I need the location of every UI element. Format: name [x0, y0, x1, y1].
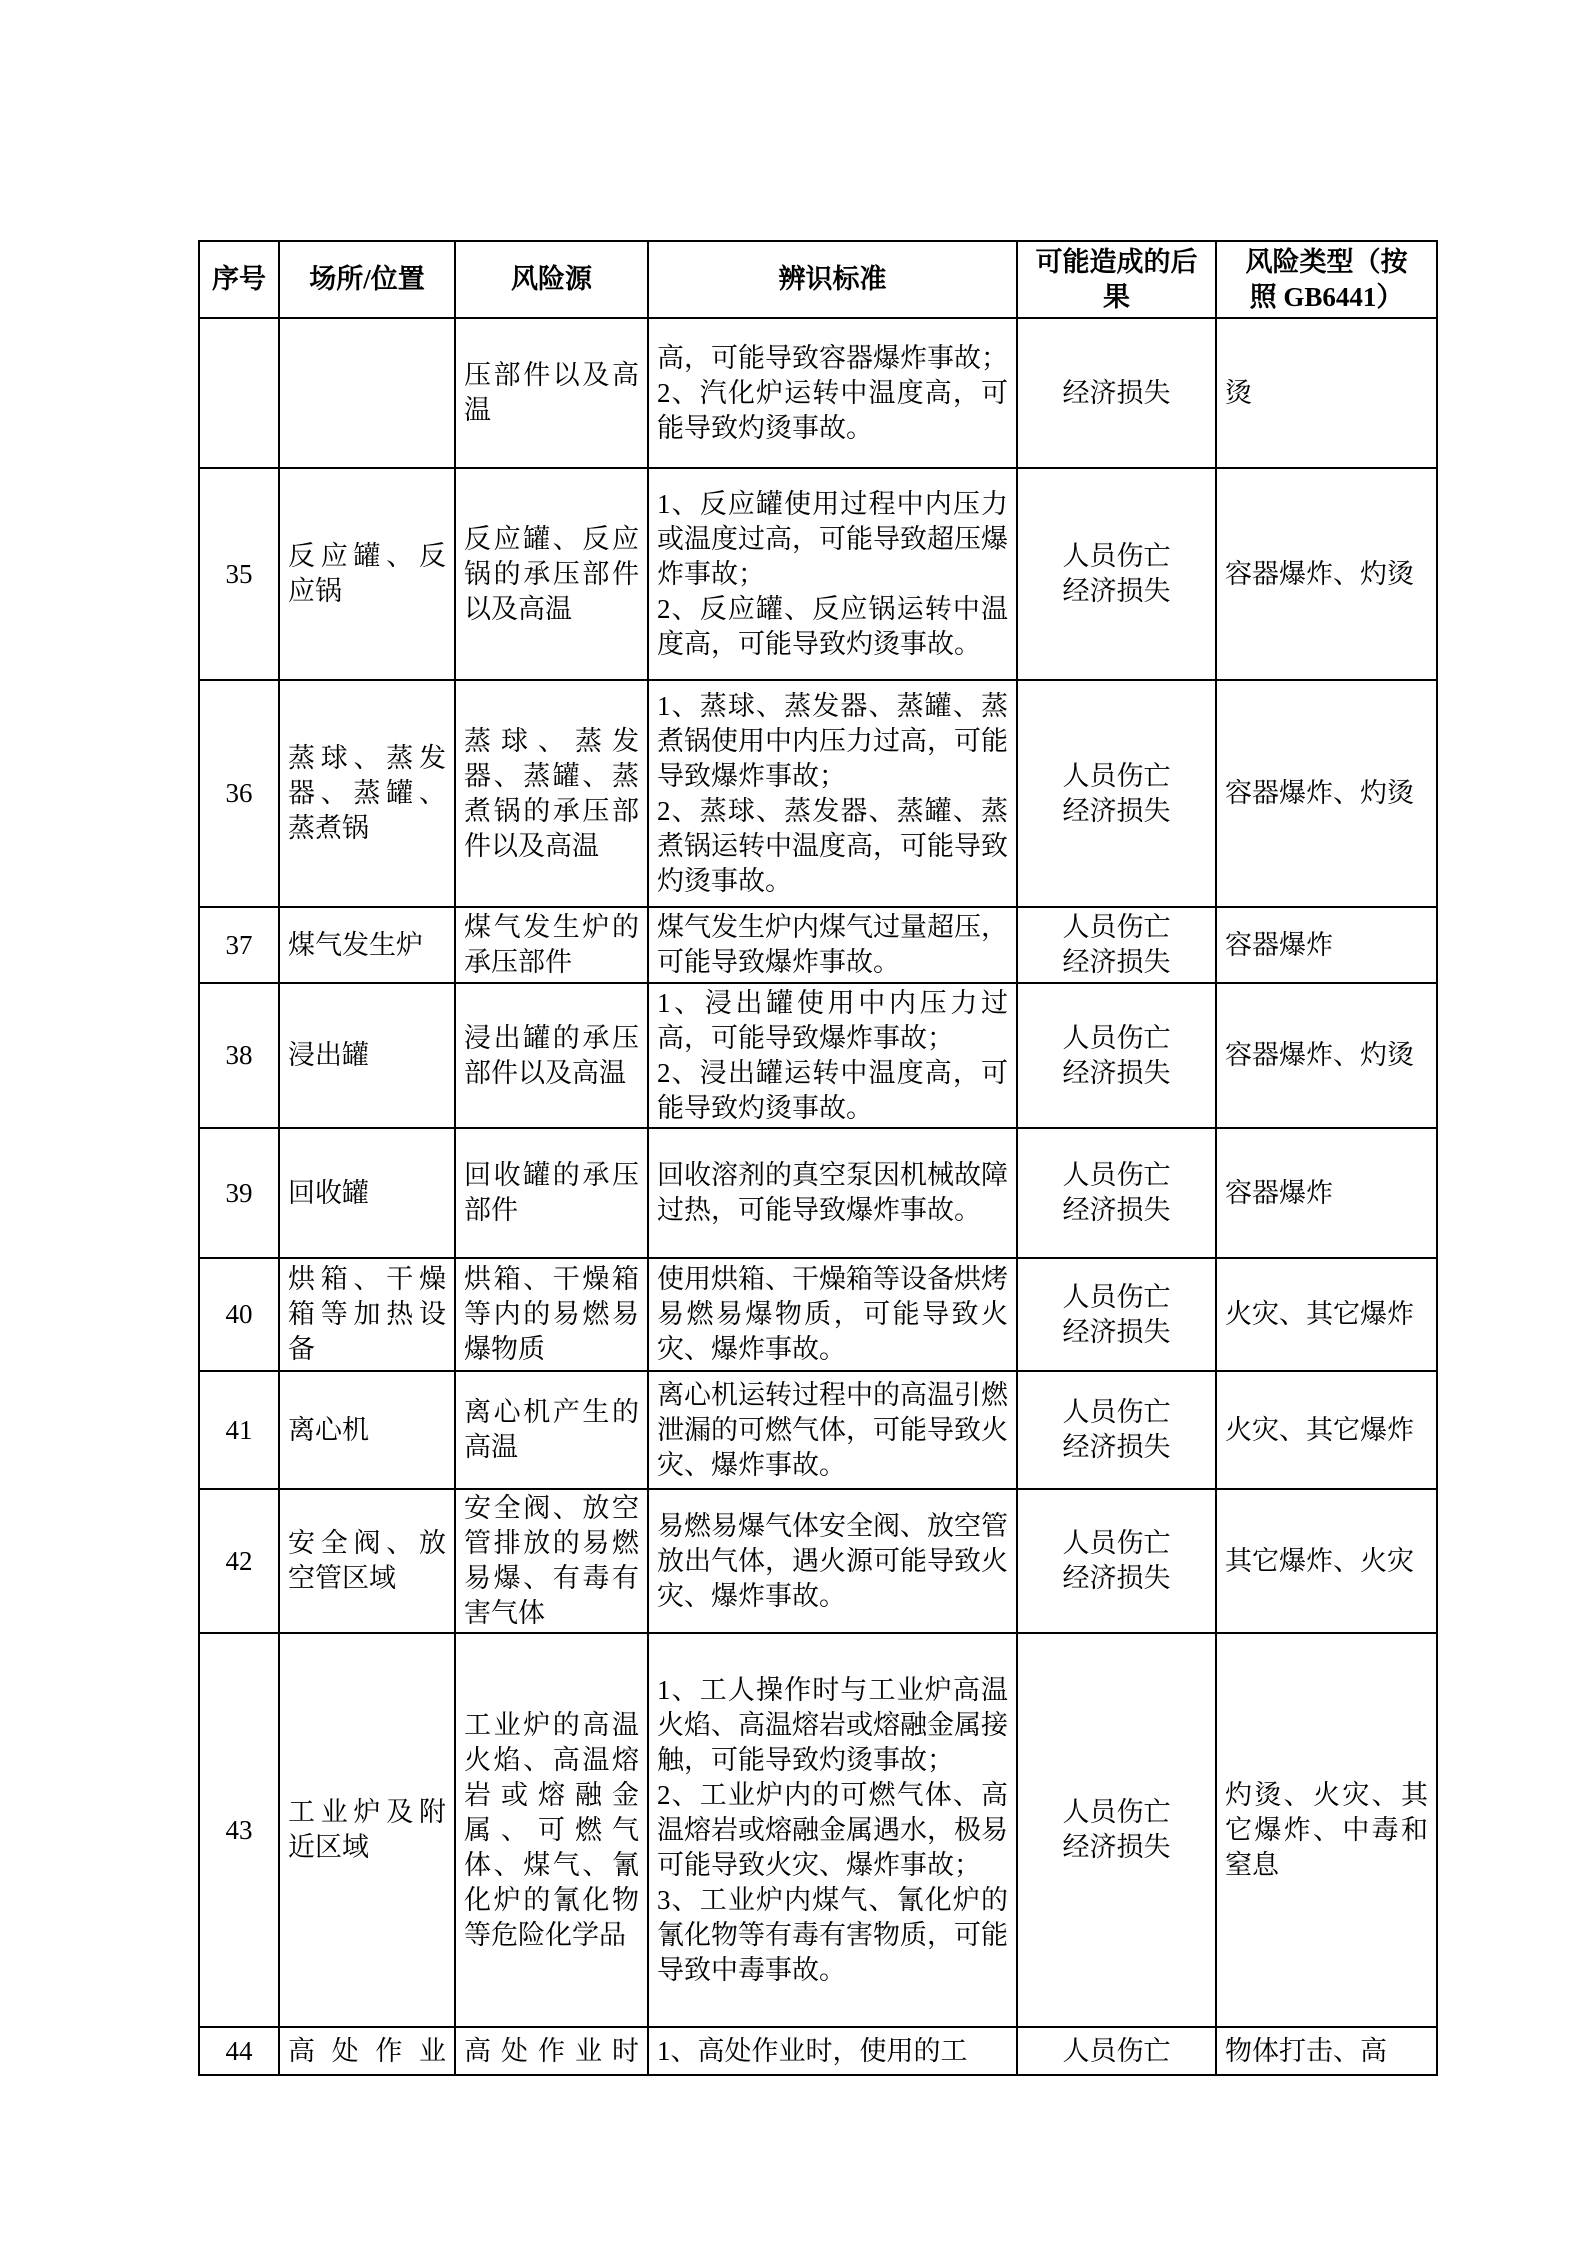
- cell-location: 工业炉及附近区域: [279, 1633, 455, 2027]
- cell-location: 离心机: [279, 1371, 455, 1489]
- cell-seq-no: 36: [199, 680, 279, 907]
- risk-identification-table: 序号 场所/位置 风险源 辨识标准 可能造成的后 果 风险类型（按 照 GB64…: [198, 240, 1438, 2076]
- cell-risk-source: 浸出罐的承压部件以及高温: [455, 983, 648, 1128]
- cell-location: 高处作业: [279, 2027, 455, 2075]
- cell-location: 回收罐: [279, 1128, 455, 1258]
- cell-seq-no: 37: [199, 907, 279, 983]
- cell-risk-type: 烫: [1216, 318, 1437, 468]
- table-row: 41 离心机 离心机产生的高温 离心机运转过程中的高温引燃泄漏的可燃气体，可能导…: [199, 1371, 1437, 1489]
- cell-consequence: 经济损失: [1017, 318, 1216, 468]
- cell-risk-source: 安全阀、放空管排放的易燃易爆、有毒有害气体: [455, 1489, 648, 1633]
- cell-location: 煤气发生炉: [279, 907, 455, 983]
- cell-risk-type: 容器爆炸、灼烫: [1216, 680, 1437, 907]
- table-row: 37 煤气发生炉 煤气发生炉的承压部件 煤气发生炉内煤气过量超压，可能导致爆炸事…: [199, 907, 1437, 983]
- cell-consequence: 人员伤亡 经济损失: [1017, 1371, 1216, 1489]
- cell-risk-type: 火灾、其它爆炸: [1216, 1371, 1437, 1489]
- cell-location: [279, 318, 455, 468]
- cell-risk-source: 回收罐的承压部件: [455, 1128, 648, 1258]
- header-location: 场所/位置: [279, 241, 455, 318]
- table-row: 42 安全阀、放空管区域 安全阀、放空管排放的易燃易爆、有毒有害气体 易燃易爆气…: [199, 1489, 1437, 1633]
- cell-risk-source: 煤气发生炉的承压部件: [455, 907, 648, 983]
- cell-seq-no: 39: [199, 1128, 279, 1258]
- cell-risk-source: 烘箱、干燥箱等内的易燃易爆物质: [455, 1258, 648, 1371]
- cell-criteria: 易燃易爆气体安全阀、放空管放出气体，遇火源可能导致火灾、爆炸事故。: [648, 1489, 1017, 1633]
- cell-consequence: 人员伤亡: [1017, 2027, 1216, 2075]
- cell-risk-type: 容器爆炸: [1216, 907, 1437, 983]
- cell-risk-type: 容器爆炸、灼烫: [1216, 468, 1437, 680]
- header-risk-source: 风险源: [455, 241, 648, 318]
- cell-criteria: 使用烘箱、干燥箱等设备烘烤易燃易爆物质，可能导致火灾、爆炸事故。: [648, 1258, 1017, 1371]
- cell-risk-source: 离心机产生的高温: [455, 1371, 648, 1489]
- cell-criteria: 1、反应罐使用过程中内压力或温度过高，可能导致超压爆炸事故； 2、反应罐、反应锅…: [648, 468, 1017, 680]
- cell-location: 安全阀、放空管区域: [279, 1489, 455, 1633]
- cell-seq-no: [199, 318, 279, 468]
- cell-seq-no: 41: [199, 1371, 279, 1489]
- cell-seq-no: 38: [199, 983, 279, 1128]
- header-row: 序号 场所/位置 风险源 辨识标准 可能造成的后 果 风险类型（按 照 GB64…: [199, 241, 1437, 318]
- cell-seq-no: 43: [199, 1633, 279, 2027]
- cell-risk-source: 压部件以及高温: [455, 318, 648, 468]
- cell-seq-no: 42: [199, 1489, 279, 1633]
- cell-risk-type: 其它爆炸、火灾: [1216, 1489, 1437, 1633]
- cell-consequence: 人员伤亡 经济损失: [1017, 680, 1216, 907]
- table-row: 36 蒸球、蒸发器、蒸罐、蒸煮锅 蒸球、蒸发器、蒸罐、蒸煮锅的承压部件以及高温 …: [199, 680, 1437, 907]
- cell-consequence: 人员伤亡 经济损失: [1017, 1633, 1216, 2027]
- cell-seq-no: 44: [199, 2027, 279, 2075]
- cell-consequence: 人员伤亡 经济损失: [1017, 983, 1216, 1128]
- cell-risk-type: 容器爆炸、灼烫: [1216, 983, 1437, 1128]
- cell-risk-source: 工业炉的高温火焰、高温熔岩或熔融金属、可燃气体、煤气、氰化炉的氰化物等危险化学品: [455, 1633, 648, 2027]
- table-row: 压部件以及高温 高，可能导致容器爆炸事故； 2、汽化炉运转中温度高，可能导致灼烫…: [199, 318, 1437, 468]
- cell-criteria: 1、工人操作时与工业炉高温火焰、高温熔岩或熔融金属接触，可能导致灼烫事故； 2、…: [648, 1633, 1017, 2027]
- cell-criteria: 离心机运转过程中的高温引燃泄漏的可燃气体，可能导致火灾、爆炸事故。: [648, 1371, 1017, 1489]
- cell-consequence: 人员伤亡 经济损失: [1017, 468, 1216, 680]
- table-row: 44 高处作业 高处作业时 1、高处作业时，使用的工 人员伤亡 物体打击、高: [199, 2027, 1437, 2075]
- table-row: 35 反应罐、反应锅 反应罐、反应锅的承压部件以及高温 1、反应罐使用过程中内压…: [199, 468, 1437, 680]
- header-criteria: 辨识标准: [648, 241, 1017, 318]
- table-row: 40 烘箱、干燥箱等加热设备 烘箱、干燥箱等内的易燃易爆物质 使用烘箱、干燥箱等…: [199, 1258, 1437, 1371]
- header-consequence: 可能造成的后 果: [1017, 241, 1216, 318]
- cell-risk-type: 物体打击、高: [1216, 2027, 1437, 2075]
- cell-risk-type: 火灾、其它爆炸: [1216, 1258, 1437, 1371]
- cell-consequence: 人员伤亡 经济损失: [1017, 1258, 1216, 1371]
- cell-criteria: 回收溶剂的真空泵因机械故障过热，可能导致爆炸事故。: [648, 1128, 1017, 1258]
- cell-consequence: 人员伤亡 经济损失: [1017, 1489, 1216, 1633]
- table-row: 39 回收罐 回收罐的承压部件 回收溶剂的真空泵因机械故障过热，可能导致爆炸事故…: [199, 1128, 1437, 1258]
- cell-location: 烘箱、干燥箱等加热设备: [279, 1258, 455, 1371]
- header-risk-type: 风险类型（按 照 GB6441）: [1216, 241, 1437, 318]
- cell-seq-no: 40: [199, 1258, 279, 1371]
- cell-risk-source: 高处作业时: [455, 2027, 648, 2075]
- header-seq-no: 序号: [199, 241, 279, 318]
- cell-location: 蒸球、蒸发器、蒸罐、蒸煮锅: [279, 680, 455, 907]
- cell-risk-type: 容器爆炸: [1216, 1128, 1437, 1258]
- cell-criteria: 1、高处作业时，使用的工: [648, 2027, 1017, 2075]
- table-row: 43 工业炉及附近区域 工业炉的高温火焰、高温熔岩或熔融金属、可燃气体、煤气、氰…: [199, 1633, 1437, 2027]
- cell-risk-type: 灼烫、火灾、其它爆炸、中毒和窒息: [1216, 1633, 1437, 2027]
- table-row: 38 浸出罐 浸出罐的承压部件以及高温 1、浸出罐使用中内压力过高，可能导致爆炸…: [199, 983, 1437, 1128]
- cell-criteria: 1、蒸球、蒸发器、蒸罐、蒸煮锅使用中内压力过高，可能导致爆炸事故； 2、蒸球、蒸…: [648, 680, 1017, 907]
- cell-criteria: 高，可能导致容器爆炸事故； 2、汽化炉运转中温度高，可能导致灼烫事故。: [648, 318, 1017, 468]
- cell-risk-source: 反应罐、反应锅的承压部件以及高温: [455, 468, 648, 680]
- cell-risk-source: 蒸球、蒸发器、蒸罐、蒸煮锅的承压部件以及高温: [455, 680, 648, 907]
- document-page: 序号 场所/位置 风险源 辨识标准 可能造成的后 果 风险类型（按 照 GB64…: [0, 0, 1587, 2245]
- cell-location: 浸出罐: [279, 983, 455, 1128]
- cell-location: 反应罐、反应锅: [279, 468, 455, 680]
- cell-criteria: 1、浸出罐使用中内压力过高，可能导致爆炸事故； 2、浸出罐运转中温度高，可能导致…: [648, 983, 1017, 1128]
- cell-consequence: 人员伤亡 经济损失: [1017, 907, 1216, 983]
- cell-consequence: 人员伤亡 经济损失: [1017, 1128, 1216, 1258]
- cell-seq-no: 35: [199, 468, 279, 680]
- cell-criteria: 煤气发生炉内煤气过量超压，可能导致爆炸事故。: [648, 907, 1017, 983]
